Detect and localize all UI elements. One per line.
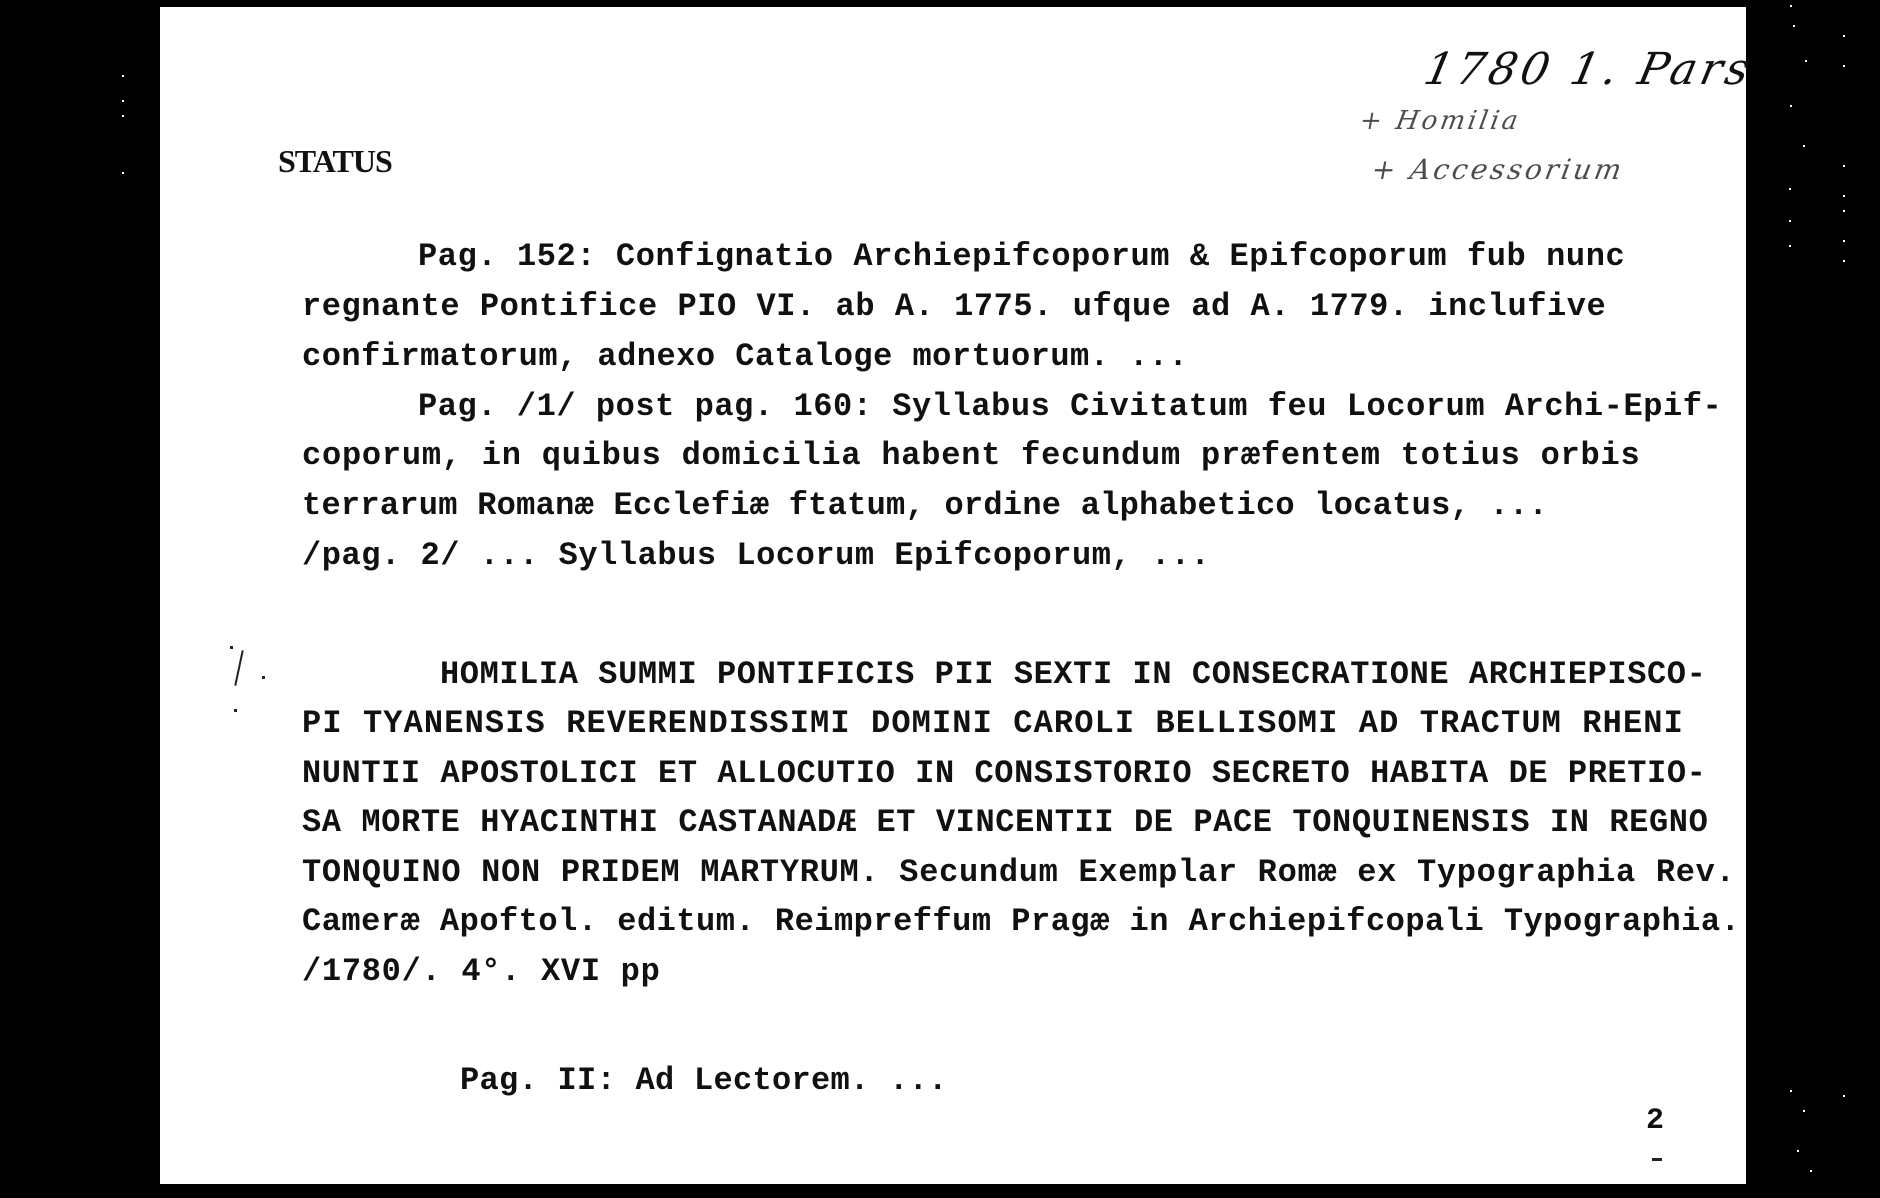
block1-line: Pag. 152: Confignatio Archiepifcoporum &… [418, 241, 1625, 273]
scan-speck [122, 75, 124, 77]
scan-speck [1843, 35, 1845, 37]
block2-line: SA MORTE HYACINTHI CASTANADÆ ET VINCENTI… [302, 807, 1708, 839]
handwritten-note-homilia: + Homilia [1358, 108, 1523, 134]
scan-speck [1789, 220, 1791, 222]
page-tick-mark [1652, 1158, 1662, 1161]
block1-line: /pag. 2/ ... Syllabus Locorum Epifcoporu… [302, 540, 1210, 572]
block1-line: terrarum Romanæ Ecclefiæ ftatum, ordine … [302, 490, 1548, 522]
scan-speck [1803, 1110, 1805, 1112]
scan-speck [1843, 165, 1845, 167]
block2-line: Cameræ Apoftol. editum. Reimpreffum Prag… [302, 906, 1740, 938]
scan-speck [1797, 1150, 1799, 1152]
scan-speck [1843, 210, 1845, 212]
block3-line: Pag. II: Ad Lectorem. ... [460, 1065, 948, 1097]
scan-speck [1790, 1090, 1792, 1092]
block2-line: /1780/. 4°. XVI pp [302, 956, 661, 988]
scan-speck [1789, 188, 1791, 190]
block2-line: HOMILIA SUMMI PONTIFICIS PII SEXTI IN CO… [440, 659, 1706, 691]
scan-speck [122, 100, 124, 102]
margin-dot [234, 709, 237, 712]
scanned-page: STATUS 1780 1. Pars + Homilia + Accessor… [0, 0, 1880, 1198]
block1-line: regnante Pontifice PIO VI. ab A. 1775. u… [302, 291, 1606, 323]
scan-speck [1790, 105, 1792, 107]
scan-speck [1793, 25, 1795, 27]
scan-speck [1843, 65, 1845, 67]
scan-speck [1843, 1095, 1845, 1097]
scan-speck [1810, 1170, 1812, 1172]
block2-line: PI TYANENSIS REVERENDISSIMI DOMINI CAROL… [302, 708, 1684, 740]
page-number: 2 [1646, 1104, 1664, 1138]
scan-speck [1843, 260, 1845, 262]
scan-speck [1843, 240, 1845, 242]
heading-status: STATUS [278, 143, 392, 180]
handwritten-note-year: 1780 1. Pars [1420, 48, 1757, 92]
block1-line: Pag. /1/ post pag. 160: Syllabus Civitat… [418, 391, 1722, 423]
block2-line: TONQUINO NON PRIDEM MARTYRUM. Secundum E… [302, 857, 1736, 889]
scan-speck [122, 172, 124, 174]
block1-line: confirmatorum, adnexo Cataloge mortuorum… [302, 341, 1188, 373]
margin-dot [230, 646, 233, 649]
scan-speck [1805, 60, 1807, 62]
block1-line: coporum, in quibus domicilia habent fecu… [302, 440, 1640, 472]
scan-speck [1790, 5, 1792, 7]
block2-line: NUNTII APOSTOLICI ET ALLOCUTIO IN CONSIS… [302, 758, 1706, 790]
scan-speck [1789, 245, 1791, 247]
scan-speck [122, 115, 124, 117]
handwritten-note-accessorium: + Accessorium [1370, 156, 1627, 184]
margin-dot [262, 676, 265, 679]
scan-speck [1843, 195, 1845, 197]
scan-speck [1803, 145, 1805, 147]
